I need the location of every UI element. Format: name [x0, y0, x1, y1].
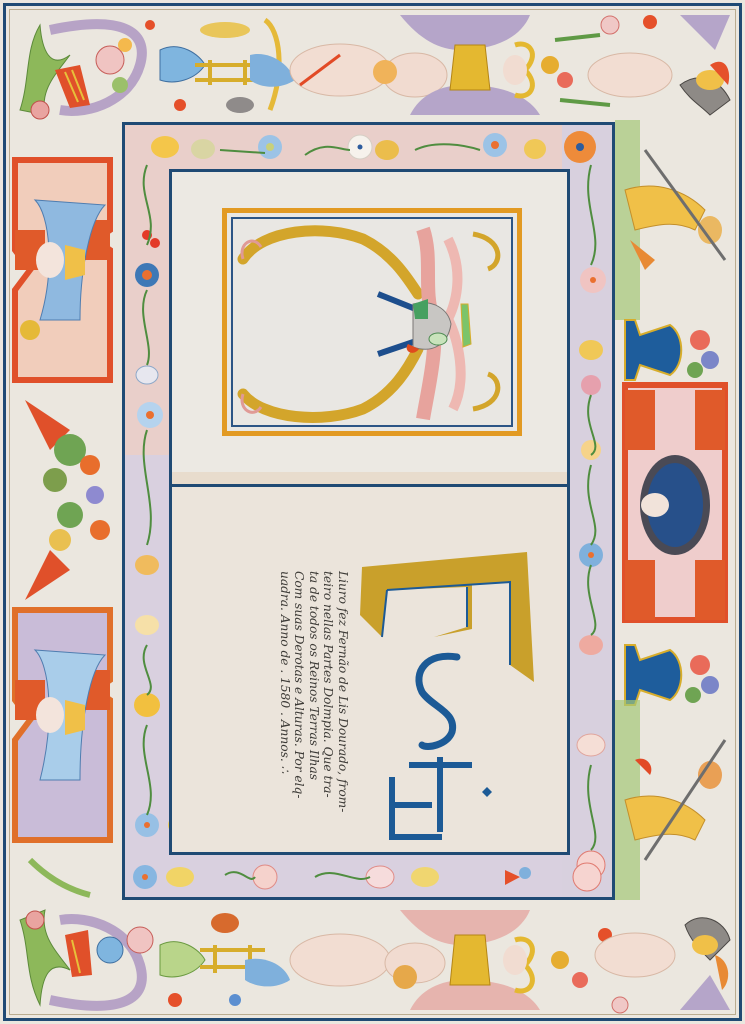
body-text-block: Liuro fez Fernão de Lis Dourado, from- t…	[277, 571, 350, 812]
grotesque-bottom-icon	[10, 905, 735, 1015]
archers-vases-right-icon	[615, 120, 735, 905]
floral-frame: E STE Liuro fez Fernão de Lis Dourado, f…	[122, 122, 615, 900]
decorated-initial-box	[222, 208, 522, 436]
body-line-2: teiro nellas Partes Dolmpia. Que tra-	[321, 571, 336, 812]
body-line-5: uadra. Anno de . 1580 . Annos. ∴	[277, 571, 292, 812]
body-line-4: Com suas Derotas e Alturas. Por elq-	[292, 571, 307, 812]
gold-letter-E	[360, 552, 534, 682]
title-initials-ESTE-icon	[172, 487, 567, 852]
right-decorative-band	[615, 120, 735, 905]
title-text-panel: E STE Liuro fez Fernão de Lis Dourado, f…	[172, 487, 567, 852]
bottom-decorative-band	[10, 905, 735, 1015]
grotesque-top-icon	[10, 10, 735, 120]
initial-panel	[172, 172, 567, 472]
manuscript-page: E STE Liuro fez Fernão de Lis Dourado, f…	[0, 0, 745, 1024]
acanthus-scroll-icon	[233, 219, 511, 425]
body-line-1: Liuro fez Fernão de Lis Dourado, from-	[335, 571, 350, 812]
page-fold	[172, 472, 567, 487]
left-decorative-band	[10, 120, 122, 905]
body-line-3: ta de todos os Reinos Terras Ilhas	[306, 571, 321, 812]
cartouche-masks-left-icon	[10, 120, 122, 905]
top-decorative-band	[10, 10, 735, 120]
text-panel: E STE Liuro fez Fernão de Lis Dourado, f…	[169, 169, 570, 855]
